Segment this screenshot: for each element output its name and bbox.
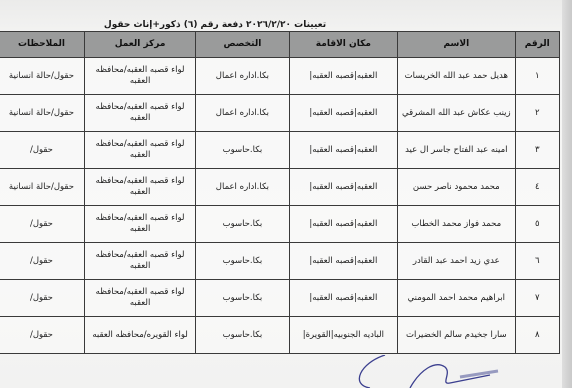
cell-specialty: بكا.حاسوب [196, 280, 289, 317]
header-residence: مكان الاقامة [289, 32, 398, 58]
header-number: الرقم [515, 32, 560, 58]
cell-number: ٣ [515, 132, 560, 169]
cell-number: ٢ [515, 95, 560, 132]
cell-specialty: بكا.اداره اعمال [196, 169, 289, 206]
cell-residence: الباديه الجنوبيه|القويرة| [289, 317, 398, 354]
table-header-row: الرقم الاسم مكان الاقامة التخصص مركز الع… [0, 32, 560, 58]
cell-residence: العقبه|قصبه العقبه| [289, 169, 398, 206]
cell-number: ٨ [515, 317, 560, 354]
table-row: ٧ ابراهيم محمد احمد المومني العقبه|قصبه … [0, 280, 560, 317]
table-row: ٤ محمد محمود ناصر حسن العقبه|قصبه العقبه… [0, 169, 560, 206]
cell-residence: العقبه|قصبه العقبه| [289, 132, 398, 169]
cell-notes: حقول/ [0, 206, 84, 243]
cell-notes: حقول/ [0, 243, 84, 280]
cell-work-center: لواء قصبه العقبه/محافظه العقبه [84, 243, 195, 280]
cell-name: محمد محمود ناصر حسن [398, 169, 515, 206]
cell-number: ١ [515, 58, 560, 95]
cell-notes: حقول/ [0, 280, 84, 317]
table-row: ٥ محمد فواز محمد الخطاب العقبه|قصبه العق… [0, 206, 560, 243]
table-row: ٨ سارا جخيدم سالم الخضيرات الباديه الجنو… [0, 317, 560, 354]
cell-number: ٤ [515, 169, 560, 206]
cell-number: ٥ [515, 206, 560, 243]
header-notes: الملاحظات [0, 32, 84, 58]
cell-name: ابراهيم محمد احمد المومني [398, 280, 515, 317]
cell-name: عدي زيد احمد عبد القادر [398, 243, 515, 280]
document-title: تعيينات ٢٠٢٦/٢/٢٠ دفعة رقم (٦) ذكور+إناث… [100, 20, 330, 30]
cell-residence: العقبه|قصبه العقبه| [289, 58, 398, 95]
cell-specialty: بكا.حاسوب [196, 243, 289, 280]
cell-residence: العقبه|قصبه العقبه| [289, 206, 398, 243]
cell-work-center: لواء قصبه العقبه/محافظه العقبه [84, 95, 195, 132]
cell-name: محمد فواز محمد الخطاب [398, 206, 515, 243]
cell-name: هديل حمد عبد الله الخريسات [398, 58, 515, 95]
cell-work-center: لواء قصبه العقبه/محافظه العقبه [84, 169, 195, 206]
table-row: ١ هديل حمد عبد الله الخريسات العقبه|قصبه… [0, 58, 560, 95]
document-page: تعيينات ٢٠٢٦/٢/٢٠ دفعة رقم (٦) ذكور+إناث… [0, 0, 562, 388]
page-edge-shadow [562, 0, 572, 388]
cell-work-center: لواء قصبه العقبه/محافظه العقبه [84, 132, 195, 169]
cell-work-center: لواء قصبه العقبه/محافظه العقبه [84, 58, 195, 95]
cell-number: ٧ [515, 280, 560, 317]
cell-specialty: بكا.اداره اعمال [196, 95, 289, 132]
cell-residence: العقبه|قصبه العقبه| [289, 280, 398, 317]
cell-name: زينب عكاش عبد الله المشرقي [398, 95, 515, 132]
cell-work-center: لواء قصبه العقبه/محافظه العقبه [84, 280, 195, 317]
cell-name: امينه عبد الفتاح جاسر ال عيد [398, 132, 515, 169]
table-row: ٣ امينه عبد الفتاح جاسر ال عيد العقبه|قص… [0, 132, 560, 169]
cell-notes: حقول/ [0, 132, 84, 169]
table-row: ٦ عدي زيد احمد عبد القادر العقبه|قصبه ال… [0, 243, 560, 280]
header-work-center: مركز العمل [84, 32, 195, 58]
cell-notes: حقول/حالة انسانية [0, 95, 84, 132]
cell-name: سارا جخيدم سالم الخضيرات [398, 317, 515, 354]
header-specialty: التخصص [196, 32, 289, 58]
cell-specialty: بكا.حاسوب [196, 317, 289, 354]
cell-notes: حقول/حالة انسانية [0, 169, 84, 206]
cell-residence: العقبه|قصبه العقبه| [289, 95, 398, 132]
table-row: ٢ زينب عكاش عبد الله المشرقي العقبه|قصبه… [0, 95, 560, 132]
cell-work-center: لواء قصبه العقبه/محافظه العقبه [84, 206, 195, 243]
appointments-table: الرقم الاسم مكان الاقامة التخصص مركز الع… [0, 31, 560, 354]
cell-specialty: بكا.اداره اعمال [196, 58, 289, 95]
cell-notes: حقول/حالة انسانية [0, 58, 84, 95]
cell-residence: العقبه|قصبه العقبه| [289, 243, 398, 280]
cell-work-center: لواء القويره/محافظه العقبه [84, 317, 195, 354]
header-name: الاسم [398, 32, 515, 58]
cell-number: ٦ [515, 243, 560, 280]
signature-mark [340, 355, 500, 388]
cell-notes: حقول/ [0, 317, 84, 354]
cell-specialty: بكا.حاسوب [196, 132, 289, 169]
cell-specialty: بكا.حاسوب [196, 206, 289, 243]
